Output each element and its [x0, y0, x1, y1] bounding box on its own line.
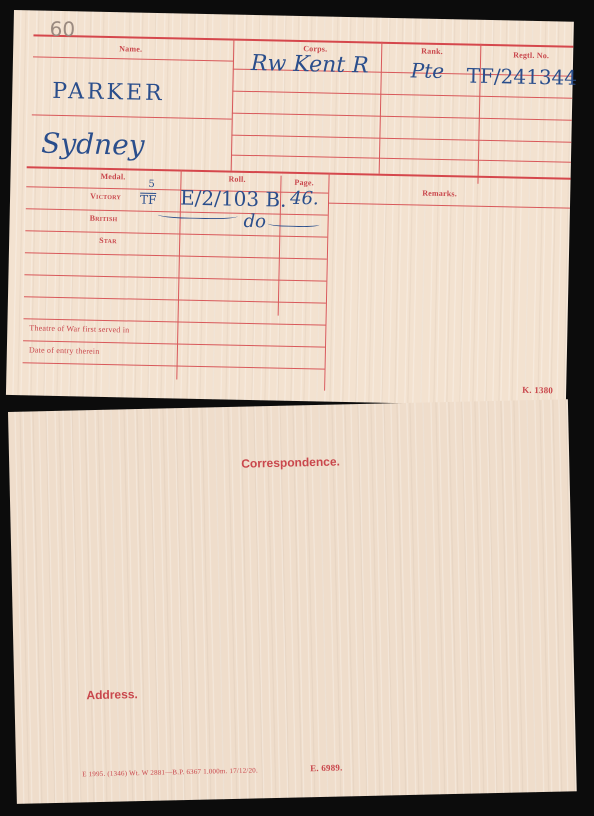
grid-rule	[231, 155, 571, 163]
rank-entry: Pte	[411, 58, 445, 83]
medal-row-victory: Victory	[90, 192, 121, 202]
medal-row-rule	[25, 230, 327, 237]
medal-row-rule	[24, 296, 326, 303]
medal-row-rule	[25, 252, 327, 259]
theatre-of-war-label: Theatre of War first served in	[29, 323, 129, 334]
corps-entry: Rw Kent R	[251, 51, 369, 78]
medal-row-british: British	[90, 214, 118, 224]
medal-header: Medal.	[100, 172, 125, 182]
medal-index-card-back: Correspondence. Address. E 1995. (1346) …	[8, 399, 577, 804]
medal-index-card-front: 60 Name. Corps. Rank. Regtl. No. PARKER …	[6, 10, 574, 407]
regtl-no-entry: TF/241344	[466, 63, 577, 89]
rank-header: Rank.	[421, 47, 443, 56]
medal-row-rule	[24, 274, 326, 281]
rank-divider	[379, 42, 383, 174]
address-label: Address.	[86, 687, 138, 702]
date-of-entry-label: Date of entry therein	[29, 345, 100, 355]
regtl-no-header: Regtl. No.	[513, 50, 549, 60]
grid-rule	[232, 91, 572, 99]
page-header: Page.	[294, 178, 314, 187]
forename-entry: Sydney	[41, 127, 145, 162]
name-underline	[33, 56, 233, 61]
footer-print-line: E 1995. (1346) Wt. W 2881—B.P. 6367 1.00…	[82, 766, 258, 778]
surname-underline	[32, 114, 232, 119]
ditto-stroke-right	[268, 219, 320, 227]
page-entry: 46.	[290, 188, 319, 210]
medal-row-star: Star	[99, 236, 117, 245]
ditto-stroke-left	[158, 209, 238, 220]
surname-entry: PARKER	[52, 79, 165, 106]
name-header: Name.	[119, 44, 142, 53]
grid-rule	[231, 135, 571, 143]
roll-entry: E/2/103 B.	[180, 186, 287, 212]
roll-prefix-bottom: TF	[140, 193, 157, 206]
remarks-underline	[328, 203, 570, 209]
correspondence-label: Correspondence.	[241, 454, 340, 470]
form-number: K. 1380	[522, 385, 553, 396]
british-ditto-entry: do	[243, 211, 266, 232]
footer-form-number: E. 6989.	[310, 763, 343, 774]
medal-row-rule	[23, 362, 325, 369]
remarks-header: Remarks.	[422, 189, 457, 199]
page-remarks-divider	[324, 173, 330, 391]
corps-divider	[231, 39, 235, 171]
grid-rule	[232, 113, 572, 121]
roll-prefix-top: 5	[148, 179, 155, 190]
roll-header: Roll.	[228, 175, 245, 184]
pencil-number: 60	[49, 17, 75, 42]
